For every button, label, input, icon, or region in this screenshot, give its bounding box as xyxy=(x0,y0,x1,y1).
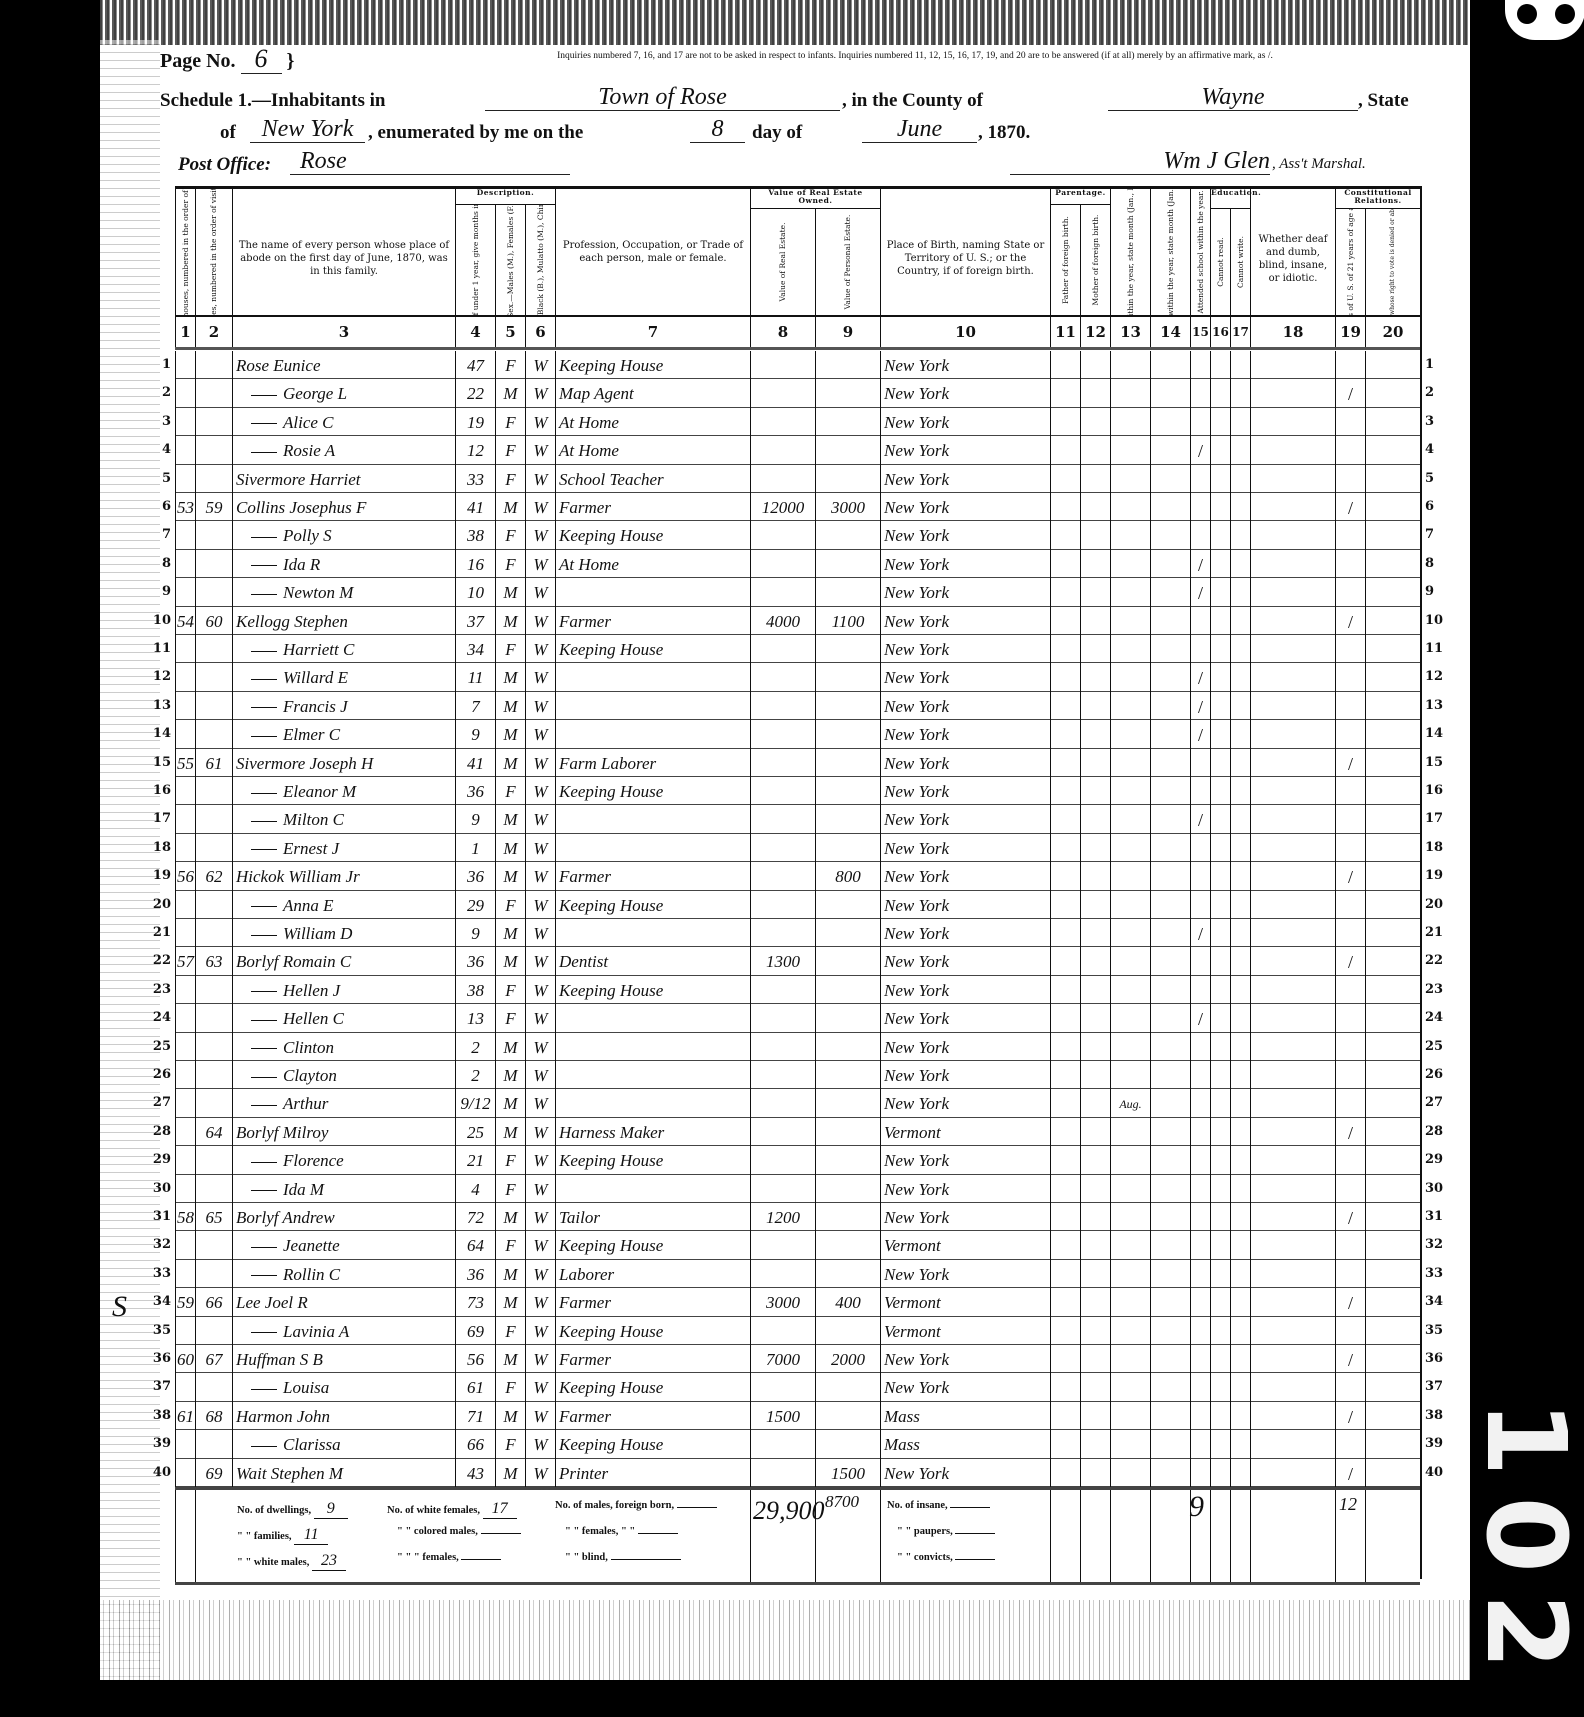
census-table: Description. Value of Real Estate Owned.… xyxy=(175,186,1422,1579)
cell-family xyxy=(195,777,232,805)
cell-empty xyxy=(1150,1459,1190,1487)
cell-empty xyxy=(1365,1430,1420,1458)
person-name: Borlyf Romain C xyxy=(236,952,351,971)
cell-name: Florence xyxy=(232,1146,455,1174)
cell-color: W xyxy=(525,521,555,549)
cell-citizen xyxy=(1335,805,1365,833)
cell-family xyxy=(195,1430,232,1458)
cell-personal-estate xyxy=(815,436,880,464)
cell-family xyxy=(195,720,232,748)
cell-empty xyxy=(1080,635,1110,663)
cell-empty xyxy=(1050,607,1080,635)
cell-empty xyxy=(1080,1033,1110,1061)
cell-empty xyxy=(1150,521,1190,549)
col-header-18: Whether deaf and dumb, blind, insane, or… xyxy=(1250,189,1335,315)
cell-name: Jeanette xyxy=(232,1231,455,1259)
cell-real-estate xyxy=(750,635,815,663)
cell-birthplace: New York xyxy=(880,891,1050,919)
col-num-2: 2 xyxy=(195,317,232,347)
line-number: 15 xyxy=(145,749,171,777)
cell-name: Ida M xyxy=(232,1175,455,1203)
cell-school xyxy=(1190,1175,1210,1203)
line-number: 39 xyxy=(145,1430,171,1458)
cell-dwelling xyxy=(175,805,195,833)
cell-empty xyxy=(1365,351,1420,379)
line-number: 14 xyxy=(145,720,171,748)
cell-color: W xyxy=(525,1033,555,1061)
cell-empty xyxy=(1230,749,1250,777)
table-row: 2727Arthur9/12MWNew YorkAug. xyxy=(175,1089,1420,1117)
cell-occupation: At Home xyxy=(555,408,750,436)
cell-empty xyxy=(1150,1203,1190,1231)
cell-dwelling xyxy=(175,465,195,493)
cell-family xyxy=(195,1317,232,1345)
cell-empty xyxy=(1050,1033,1080,1061)
cell-family xyxy=(195,834,232,862)
cell-personal-estate xyxy=(815,1004,880,1032)
cell-born-month xyxy=(1110,862,1150,890)
cell-empty xyxy=(1080,521,1110,549)
cell-empty xyxy=(1080,1231,1110,1259)
line-number: 37 xyxy=(145,1373,171,1401)
cell-empty xyxy=(1080,1260,1110,1288)
cell-color: W xyxy=(525,607,555,635)
cell-empty xyxy=(1250,1288,1335,1316)
cell-dwelling xyxy=(175,1317,195,1345)
table-row: 1212Willard E11MWNew York/ xyxy=(175,663,1420,691)
marshal-label: , Ass't Marshal. xyxy=(1272,156,1366,173)
table-row: 3535Lavinia A69FWKeeping HouseVermont xyxy=(175,1317,1420,1345)
cell-citizen xyxy=(1335,408,1365,436)
cell-family xyxy=(195,379,232,407)
cell-sex: F xyxy=(495,436,525,464)
col-header-20: Male Citizens of U. S. of 21 years of ag… xyxy=(1365,209,1420,315)
cell-age: 61 xyxy=(455,1373,495,1401)
cell-real-estate xyxy=(750,351,815,379)
cell-empty xyxy=(1150,1345,1190,1373)
cell-dwelling xyxy=(175,777,195,805)
cell-school xyxy=(1190,1033,1210,1061)
day-field: 8 xyxy=(690,116,745,143)
cell-age: 12 xyxy=(455,436,495,464)
table-row: 1818Ernest J1MWNew York xyxy=(175,834,1420,862)
cell-empty xyxy=(1230,521,1250,549)
cell-empty xyxy=(1050,635,1080,663)
col-header-1: Dwelling-houses, numbered in the order o… xyxy=(175,189,195,315)
cell-occupation: Keeping House xyxy=(555,1146,750,1174)
cell-empty xyxy=(1150,635,1190,663)
cell-empty xyxy=(1365,976,1420,1004)
cell-empty xyxy=(1210,1033,1230,1061)
cell-born-month xyxy=(1110,1118,1150,1146)
cell-sex: F xyxy=(495,521,525,549)
cell-empty xyxy=(1150,1288,1190,1316)
cell-empty xyxy=(1050,1402,1080,1430)
cell-real-estate xyxy=(750,1146,815,1174)
cell-real-estate xyxy=(750,1175,815,1203)
cell-empty xyxy=(1080,805,1110,833)
cell-name: Eleanor M xyxy=(232,777,455,805)
cell-school xyxy=(1190,351,1210,379)
cell-born-month: Aug. xyxy=(1110,1089,1150,1117)
cell-name: Polly S xyxy=(232,521,455,549)
line-number-right: 38 xyxy=(1425,1402,1451,1430)
cell-empty xyxy=(1210,862,1230,890)
cell-empty xyxy=(1210,550,1230,578)
person-name: Florence xyxy=(283,1151,344,1170)
cell-empty xyxy=(1250,1089,1335,1117)
cell-birthplace: New York xyxy=(880,550,1050,578)
cell-empty xyxy=(1250,1260,1335,1288)
cell-empty xyxy=(1365,777,1420,805)
line-number: 1 xyxy=(145,351,171,379)
ditto-mark xyxy=(251,1190,277,1191)
cell-empty xyxy=(1150,976,1190,1004)
cell-occupation xyxy=(555,919,750,947)
cell-occupation: Keeping House xyxy=(555,1231,750,1259)
cell-occupation xyxy=(555,720,750,748)
cell-empty xyxy=(1250,1146,1335,1174)
col-header-12: Mother of foreign birth. xyxy=(1080,205,1110,315)
cell-age: 16 xyxy=(455,550,495,578)
cell-empty xyxy=(1210,919,1230,947)
person-name: Arthur xyxy=(283,1094,328,1113)
paupers-total: " " paupers, xyxy=(897,1526,995,1537)
cell-occupation xyxy=(555,1004,750,1032)
line-number: 6 xyxy=(145,493,171,521)
cell-born-month xyxy=(1110,1033,1150,1061)
cell-real-estate xyxy=(750,692,815,720)
cell-empty xyxy=(1050,891,1080,919)
cell-empty xyxy=(1230,891,1250,919)
cell-dwelling xyxy=(175,1231,195,1259)
cell-sex: F xyxy=(495,1004,525,1032)
cell-empty xyxy=(1230,947,1250,975)
col-num-19: 19 xyxy=(1335,317,1365,347)
cell-empty xyxy=(1080,663,1110,691)
table-row: 3333Rollin C36MWLaborerNew York xyxy=(175,1260,1420,1288)
cell-school xyxy=(1190,1288,1210,1316)
person-name: Clinton xyxy=(283,1038,334,1057)
line-number-right: 37 xyxy=(1425,1373,1451,1401)
cell-empty xyxy=(1365,1317,1420,1345)
cell-empty xyxy=(1210,1373,1230,1401)
cell-personal-estate xyxy=(815,550,880,578)
cell-occupation: Keeping House xyxy=(555,635,750,663)
cell-family xyxy=(195,692,232,720)
cell-empty xyxy=(1365,891,1420,919)
cell-born-month xyxy=(1110,663,1150,691)
person-name: Borlyf Andrew xyxy=(236,1208,335,1227)
line-number-right: 10 xyxy=(1425,607,1451,635)
cell-empty xyxy=(1150,1089,1190,1117)
cell-empty xyxy=(1250,1345,1335,1373)
cell-name: Milton C xyxy=(232,805,455,833)
cell-empty xyxy=(1050,379,1080,407)
cell-citizen xyxy=(1335,550,1365,578)
cell-citizen: / xyxy=(1335,607,1365,635)
cell-occupation: Farmer xyxy=(555,862,750,890)
cell-school xyxy=(1190,521,1210,549)
line-number-right: 22 xyxy=(1425,947,1451,975)
cell-dwelling xyxy=(175,919,195,947)
cell-empty xyxy=(1050,1175,1080,1203)
cell-empty xyxy=(1050,550,1080,578)
line-number-right: 27 xyxy=(1425,1089,1451,1117)
cell-empty xyxy=(1150,1061,1190,1089)
cell-real-estate: 1300 xyxy=(750,947,815,975)
cell-age: 36 xyxy=(455,862,495,890)
cell-dwelling xyxy=(175,663,195,691)
insane-total: No. of insane, xyxy=(887,1500,990,1511)
cell-name: Huffman S B xyxy=(232,1345,455,1373)
cell-family: 62 xyxy=(195,862,232,890)
cell-empty xyxy=(1365,521,1420,549)
cell-school xyxy=(1190,1459,1210,1487)
cell-empty xyxy=(1050,1231,1080,1259)
cell-age: 69 xyxy=(455,1317,495,1345)
cell-birthplace: New York xyxy=(880,436,1050,464)
cell-real-estate xyxy=(750,465,815,493)
cell-personal-estate xyxy=(815,1061,880,1089)
cell-name: Rose Eunice xyxy=(232,351,455,379)
post-office-label: Post Office: xyxy=(178,154,271,176)
cell-empty xyxy=(1250,1203,1335,1231)
cell-citizen xyxy=(1335,1430,1365,1458)
cell-empty xyxy=(1150,1260,1190,1288)
cell-sex: F xyxy=(495,1430,525,1458)
ditto-mark xyxy=(251,1275,277,1276)
line-number: 31 xyxy=(145,1203,171,1231)
cell-born-month xyxy=(1110,379,1150,407)
cell-dwelling xyxy=(175,351,195,379)
cell-empty xyxy=(1050,1203,1080,1231)
cell-dwelling: 56 xyxy=(175,862,195,890)
line-number: 36 xyxy=(145,1345,171,1373)
cell-real-estate: 12000 xyxy=(750,493,815,521)
cell-color: W xyxy=(525,749,555,777)
cell-sex: F xyxy=(495,1317,525,1345)
frame-number-stamp: 102 xyxy=(1462,1400,1584,1690)
cell-empty xyxy=(1080,1203,1110,1231)
cell-born-month xyxy=(1110,578,1150,606)
cell-born-month xyxy=(1110,1288,1150,1316)
cell-family: 67 xyxy=(195,1345,232,1373)
cell-name: Louisa xyxy=(232,1373,455,1401)
cell-age: 37 xyxy=(455,607,495,635)
cell-personal-estate xyxy=(815,1231,880,1259)
ditto-mark xyxy=(251,1389,277,1390)
cell-personal-estate: 2000 xyxy=(815,1345,880,1373)
line-number: 10 xyxy=(145,607,171,635)
cell-name: Hellen J xyxy=(232,976,455,1004)
cell-occupation: Farmer xyxy=(555,1288,750,1316)
cell-dwelling xyxy=(175,1146,195,1174)
person-name: Borlyf Milroy xyxy=(236,1123,328,1142)
cell-empty xyxy=(1250,1430,1335,1458)
cell-empty xyxy=(1250,465,1335,493)
cell-empty xyxy=(1150,834,1190,862)
cell-empty xyxy=(1150,1317,1190,1345)
person-name: Louisa xyxy=(283,1378,329,1397)
white-females-total: No. of white females, 17 xyxy=(387,1500,517,1519)
cell-personal-estate xyxy=(815,1203,880,1231)
cell-sex: F xyxy=(495,1373,525,1401)
cell-born-month xyxy=(1110,805,1150,833)
cell-occupation xyxy=(555,663,750,691)
cell-empty xyxy=(1080,720,1110,748)
cell-name: Sivermore Joseph H xyxy=(232,749,455,777)
table-row: 34345966Lee Joel R73MWFarmer3000400Vermo… xyxy=(175,1288,1420,1316)
cell-dwelling xyxy=(175,578,195,606)
cell-empty xyxy=(1365,465,1420,493)
cell-real-estate xyxy=(750,1260,815,1288)
col-num-17: 17 xyxy=(1230,317,1250,347)
cell-empty xyxy=(1210,1231,1230,1259)
col-header-3: The name of every person whose place of … xyxy=(232,189,455,315)
marshal-signature: Wm J Glen xyxy=(1010,148,1270,175)
cell-empty xyxy=(1210,891,1230,919)
cell-color: W xyxy=(525,1146,555,1174)
cell-born-month xyxy=(1110,465,1150,493)
person-name: Anna E xyxy=(283,896,334,915)
cell-real-estate xyxy=(750,1061,815,1089)
enumerated-label: , enumerated by me on the xyxy=(368,122,583,144)
cell-real-estate xyxy=(750,834,815,862)
cell-age: 29 xyxy=(455,891,495,919)
person-name: Hickok William Jr xyxy=(236,867,360,886)
cell-real-estate xyxy=(750,521,815,549)
cell-empty xyxy=(1365,607,1420,635)
table-row: 36366067Huffman S B56MWFarmer70002000New… xyxy=(175,1345,1420,1373)
cell-name: Clayton xyxy=(232,1061,455,1089)
cell-citizen xyxy=(1335,465,1365,493)
person-name: Wait Stephen M xyxy=(236,1464,343,1483)
cell-empty xyxy=(1230,777,1250,805)
cell-birthplace: New York xyxy=(880,720,1050,748)
cell-color: W xyxy=(525,919,555,947)
cell-empty xyxy=(1050,749,1080,777)
blind-total: " " blind, xyxy=(565,1552,681,1563)
cell-birthplace: New York xyxy=(880,607,1050,635)
table-row: 38386168Harmon John71MWFarmer1500Mass/ xyxy=(175,1402,1420,1430)
cell-empty xyxy=(1365,1118,1420,1146)
cell-birthplace: New York xyxy=(880,692,1050,720)
cell-sex: M xyxy=(495,919,525,947)
cell-age: 9 xyxy=(455,720,495,748)
cell-citizen xyxy=(1335,1089,1365,1117)
cell-dwelling xyxy=(175,692,195,720)
cell-family xyxy=(195,1373,232,1401)
cell-color: W xyxy=(525,862,555,890)
table-row: 2626Clayton2MWNew York xyxy=(175,1061,1420,1089)
cell-citizen: / xyxy=(1335,947,1365,975)
cell-occupation: Farmer xyxy=(555,607,750,635)
cell-school xyxy=(1190,1430,1210,1458)
line-number-right: 13 xyxy=(1425,692,1451,720)
cell-age: 41 xyxy=(455,749,495,777)
cell-empty xyxy=(1150,1430,1190,1458)
cell-empty xyxy=(1210,692,1230,720)
cell-empty xyxy=(1210,720,1230,748)
line-number-right: 18 xyxy=(1425,834,1451,862)
cell-citizen xyxy=(1335,976,1365,1004)
cell-family xyxy=(195,436,232,464)
cell-birthplace: New York xyxy=(880,947,1050,975)
cell-empty xyxy=(1150,749,1190,777)
cell-empty xyxy=(1365,578,1420,606)
cell-empty xyxy=(1250,635,1335,663)
line-number: 19 xyxy=(145,862,171,890)
person-name: Hellen C xyxy=(283,1009,344,1028)
col-num-9: 9 xyxy=(815,317,880,347)
cell-personal-estate: 400 xyxy=(815,1288,880,1316)
table-row: 2020Anna E29FWKeeping HouseNew York xyxy=(175,891,1420,919)
table-row: 2525Clinton2MWNew York xyxy=(175,1033,1420,1061)
person-name: Harriett C xyxy=(283,640,354,659)
col-num-12: 12 xyxy=(1080,317,1110,347)
cell-age: 72 xyxy=(455,1203,495,1231)
col-header-5: Sex.—Males (M.), Females (F.) xyxy=(495,205,525,315)
table-row: 3939Clarissa66FWKeeping HouseMass xyxy=(175,1430,1420,1458)
cell-school xyxy=(1190,1373,1210,1401)
cell-empty xyxy=(1050,919,1080,947)
cell-empty xyxy=(1080,550,1110,578)
cell-age: 34 xyxy=(455,635,495,663)
cell-school xyxy=(1190,834,1210,862)
cell-school xyxy=(1190,891,1210,919)
person-name: Sivermore Harriet xyxy=(236,470,361,489)
person-name: Ida M xyxy=(283,1180,324,1199)
cell-family: 59 xyxy=(195,493,232,521)
cell-born-month xyxy=(1110,1061,1150,1089)
table-row: 665359Collins Josephus F41MWFarmer120003… xyxy=(175,493,1420,521)
cell-sex: M xyxy=(495,834,525,862)
cell-birthplace: New York xyxy=(880,578,1050,606)
cell-empty xyxy=(1050,1061,1080,1089)
person-name: Rose Eunice xyxy=(236,356,321,375)
line-number: 27 xyxy=(145,1089,171,1117)
cell-empty xyxy=(1250,550,1335,578)
cell-dwelling xyxy=(175,1118,195,1146)
cell-age: 1 xyxy=(455,834,495,862)
cell-citizen: / xyxy=(1335,1345,1365,1373)
line-number: 7 xyxy=(145,521,171,549)
cell-sex: M xyxy=(495,805,525,833)
cell-family xyxy=(195,1033,232,1061)
cell-name: Lavinia A xyxy=(232,1317,455,1345)
line-number: 18 xyxy=(145,834,171,862)
cell-color: W xyxy=(525,1288,555,1316)
line-number-right: 36 xyxy=(1425,1345,1451,1373)
cell-sex: M xyxy=(495,1089,525,1117)
ditto-mark xyxy=(251,1332,277,1333)
person-name: Rosie A xyxy=(283,441,335,460)
person-name: Newton M xyxy=(283,583,353,602)
line-number: 11 xyxy=(145,635,171,663)
cell-empty xyxy=(1080,1459,1110,1487)
page-number-label: Page No. 6 } xyxy=(160,44,294,74)
person-name: Jeanette xyxy=(283,1236,340,1255)
cell-empty xyxy=(1080,1089,1110,1117)
cell-occupation: At Home xyxy=(555,436,750,464)
cell-name: Wait Stephen M xyxy=(232,1459,455,1487)
line-number-right: 24 xyxy=(1425,1004,1451,1032)
families-total: " " families, 11 xyxy=(237,1526,328,1545)
cell-occupation xyxy=(555,578,750,606)
cell-empty xyxy=(1050,805,1080,833)
cell-color: W xyxy=(525,1459,555,1487)
